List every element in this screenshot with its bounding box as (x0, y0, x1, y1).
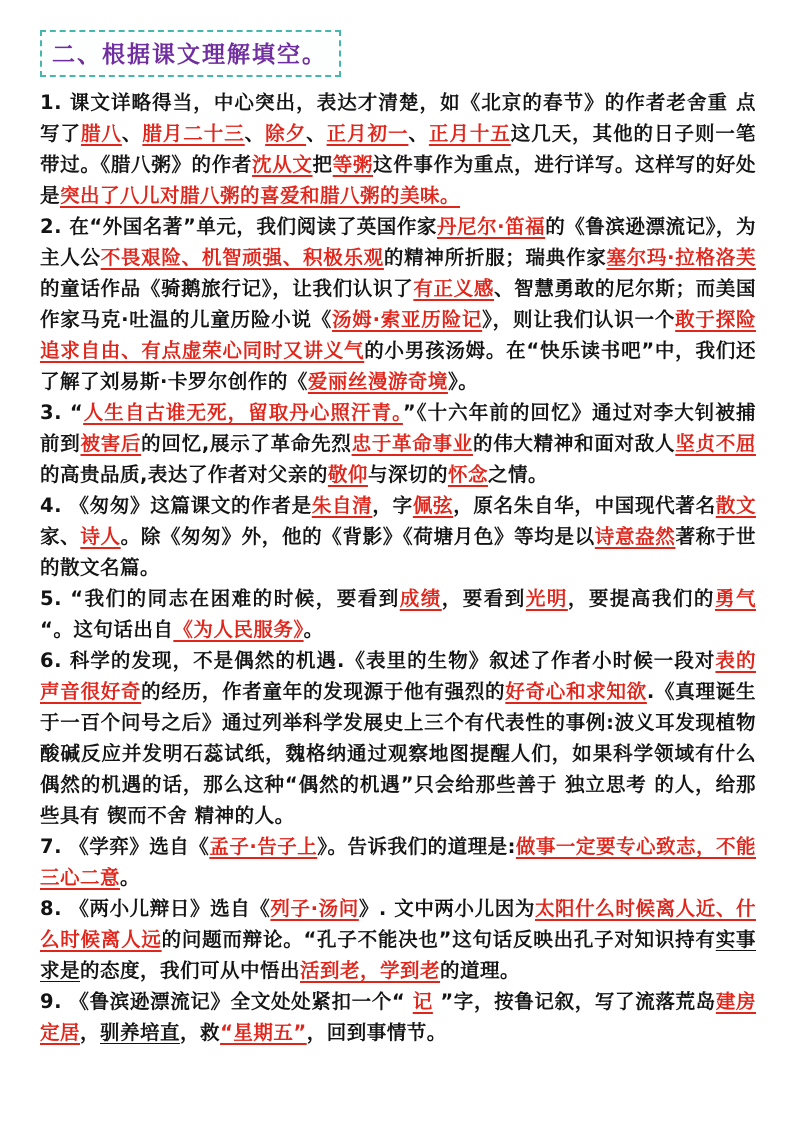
answer-segment: 等粥 (333, 153, 373, 176)
text-segment: 。除《匆匆》外，他的《背影》《荷塘月色》等均是以 (121, 525, 595, 548)
answer-segment: 有正义感 (413, 277, 494, 300)
answer-segment: 光明 (526, 587, 568, 610)
text-segment: “。这句话出自 (40, 618, 173, 641)
paragraph-5: 5. “我们的同志在困难的时候，要看到成绩，要看到光明，要提高我们的勇气 “。这… (40, 583, 756, 645)
text-segment: 、 (408, 122, 428, 145)
section-title: 二、根据课文理解填空。 (52, 42, 327, 68)
answer-segment: 正月十五 (429, 122, 511, 145)
answer-segment: 突出了八儿对腊八粥的喜爱和腊八粥的美味。 (60, 184, 460, 207)
text-segment: 3. “ (40, 401, 83, 424)
text-segment: 的态度，我们可从中悟出 (80, 959, 300, 982)
paragraph-2: 2. 在“外国名著”单元，我们阅读了英国作家丹尼尔·笛福的《鲁滨逊漂流记》，为主… (40, 211, 756, 397)
text-segment: 与深切的 (368, 463, 448, 486)
text-segment: 》. 文中两小儿因为 (359, 897, 535, 920)
answer-segment: 塞尔玛·拉格洛芙 (606, 246, 756, 269)
text-segment: 2. 在“外国名著”单元，我们阅读了英国作家 (40, 215, 437, 238)
answer-segment: 活到老，学到老 (300, 959, 440, 982)
answer-segment: 孟子·告子上 (209, 835, 317, 858)
answer-segment: 敬仰 (328, 463, 368, 486)
text-segment: 》，则让我们认识一个 (482, 308, 675, 331)
text-segment: 的问题而辩论。“孔子不能决也”这句话反映出孔子对知识持有 (162, 928, 716, 951)
answer-segment: 腊八 (81, 122, 122, 145)
answer-segment: 沈从文 (252, 153, 313, 176)
underlined-segment: 驯养培直 (100, 1021, 180, 1044)
text-segment: 8. 《两小儿辩日》选自《 (40, 897, 270, 920)
text-segment: 的经历，作者童年的发现源于他有强烈的 (141, 680, 505, 703)
answer-segment: 记 (413, 990, 433, 1013)
answer-segment: 坚贞不屈 (675, 432, 756, 455)
text-segment: 的精神所折服；瑞典作家 (384, 246, 607, 269)
text-segment: ， (80, 1021, 100, 1044)
section-title-box: 二、根据课文理解填空。 (40, 30, 341, 77)
answer-segment: 散文 (716, 494, 756, 517)
paragraph-9: 9. 《鲁滨逊漂流记》全文处处紧扣一个“ 记 ”字，按鲁记叙，写了流落荒岛建房定… (40, 986, 756, 1048)
text-segment: 、 (306, 122, 326, 145)
text-segment: 》。 (448, 370, 478, 393)
text-segment: 。 (120, 866, 140, 889)
text-segment: 7. 《学弈》选自《 (40, 835, 209, 858)
answer-segment: 朱自清 (312, 494, 373, 517)
text-segment: ，要提高我们的 (568, 587, 715, 610)
answer-segment: 丹尼尔·笛福 (437, 215, 545, 238)
text-segment: 4. 《匆匆》这篇课文的作者是 (40, 494, 312, 517)
document-page: 二、根据课文理解填空。 1. 课文详略得当，中心突出，表达才清楚，如《北京的春节… (0, 0, 794, 1122)
paragraph-4: 4. 《匆匆》这篇课文的作者是朱自清，字佩弦，原名朱自华，中国现代著名散文家、诗… (40, 490, 756, 583)
answer-segment: 人生自古谁无死，留取丹心照汗青。 (83, 401, 403, 424)
text-segment: 。 (304, 618, 324, 641)
answer-segment: 好奇心和求知欲 (505, 680, 647, 703)
answer-segment: 腊月二十三 (142, 122, 244, 145)
paragraph-8: 8. 《两小儿辩日》选自《列子·汤问》. 文中两小儿因为太阳什么时候离人近、什么… (40, 893, 756, 986)
document-body: 1. 课文详略得当，中心突出，表达才清楚，如《北京的春节》的作者老舍重 点写了腊… (40, 87, 756, 1048)
text-segment: ，回到事情节。 (307, 1021, 447, 1044)
answer-segment: 成绩 (400, 587, 442, 610)
text-segment: 家、 (40, 525, 80, 548)
answer-segment: 列子·汤问 (270, 897, 358, 920)
paragraph-7: 7. 《学弈》选自《孟子·告子上》。告诉我们的道理是:做事一定要专心致志，不能三… (40, 831, 756, 893)
text-segment: ，原名朱自华，中国现代著名 (453, 494, 716, 517)
answer-segment: 勇气 (715, 587, 756, 610)
paragraph-1: 1. 课文详略得当，中心突出，表达才清楚，如《北京的春节》的作者老舍重 点写了腊… (40, 87, 756, 211)
answer-segment: 《为人民服务》 (173, 618, 303, 641)
text-segment: 的伟大精神和面对敌人 (473, 432, 675, 455)
text-segment: 的道理。 (440, 959, 520, 982)
paragraph-3: 3. “人生自古谁无死，留取丹心照汗青。”《十六年前的回忆》通过对李大钊被捕前到… (40, 397, 756, 490)
text-segment: 9. 《鲁滨逊漂流记》全文处处紧扣一个“ (40, 990, 413, 1013)
text-segment: 、 (245, 122, 265, 145)
text-segment: 5. “我们的同志在困难的时候，要看到 (40, 587, 400, 610)
answer-segment: 正月初一 (327, 122, 409, 145)
answer-segment: 不畏艰险、机智顽强、积极乐观 (101, 246, 384, 269)
text-segment: 的回忆,展示了革命先烈 (141, 432, 351, 455)
text-segment: ，字 (372, 494, 412, 517)
text-segment: 把 (313, 153, 333, 176)
answer-segment: 诗人 (80, 525, 120, 548)
text-segment: ”字，按鲁记叙，写了流落荒岛 (433, 990, 716, 1013)
text-segment: 之情。 (488, 463, 548, 486)
answer-segment: 汤姆·索亚历险记 (332, 308, 482, 331)
answer-segment: 除夕 (265, 122, 306, 145)
answer-segment: 被害后 (80, 432, 141, 455)
paragraph-6: 6. 科学的发现，不是偶然的机遇.《表里的生物》叙述了作者小时候一段对表的声音很… (40, 645, 756, 831)
text-segment: ，要看到 (442, 587, 526, 610)
text-segment: 的童话作品《骑鹅旅行记》，让我们认识了 (40, 277, 413, 300)
text-segment: 》。告诉我们的道理是: (317, 835, 516, 858)
text-segment: 、 (122, 122, 142, 145)
answer-segment: 爱丽丝漫游奇境 (308, 370, 448, 393)
answer-segment: “星期五” (220, 1021, 307, 1044)
answer-segment: 忠于革命事业 (352, 432, 473, 455)
text-segment: ，救 (180, 1021, 220, 1044)
answer-segment: 怀念 (448, 463, 488, 486)
answer-segment: 诗意盎然 (595, 525, 676, 548)
answer-segment: 佩弦 (413, 494, 453, 517)
text-segment: 的高贵品质,表达了作者对父亲的 (40, 463, 328, 486)
text-segment: 6. 科学的发现，不是偶然的机遇.《表里的生物》叙述了作者小时候一段对 (40, 649, 715, 672)
